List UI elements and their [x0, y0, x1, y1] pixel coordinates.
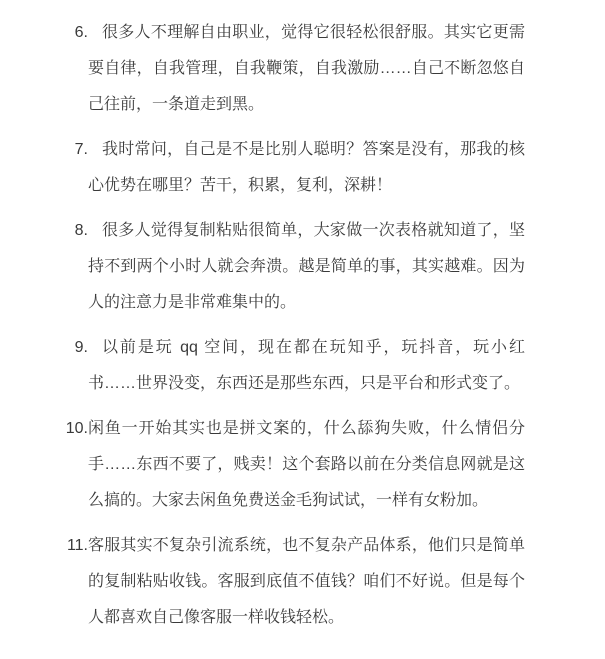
article-page: 6.很多人不理解自由职业，觉得它很轻松很舒服。其实它更需要自律，自我管理，自我鞭… [0, 0, 605, 659]
list-item-11-number: 11. [67, 528, 88, 564]
list-item-7-number: 7. [75, 132, 88, 168]
list-item-10-text: 闲鱼一开始其实也是拼文案的，什么舔狗失败，什么情侣分手……东西不要了，贱卖！这个… [88, 420, 525, 509]
list-item-8-number: 8. [75, 213, 88, 249]
list-item-8-text: 很多人觉得复制粘贴很简单，大家做一次表格就知道了，坚持不到两个小时人就会奔溃。越… [88, 222, 525, 311]
list-item-9: 9.以前是玩 qq 空间，现在都在玩知乎，玩抖音，玩小红书……世界没变，东西还是… [88, 330, 525, 402]
list-item-7: 7.我时常问，自己是不是比别人聪明？答案是没有，那我的核心优势在哪里？苦干，积累… [88, 132, 525, 204]
list-item-8: 8.很多人觉得复制粘贴很简单，大家做一次表格就知道了，坚持不到两个小时人就会奔溃… [88, 213, 525, 321]
list-item-6-number: 6. [75, 15, 88, 51]
list-item-9-text: 以前是玩 qq 空间，现在都在玩知乎，玩抖音，玩小红书……世界没变，东西还是那些… [88, 339, 525, 392]
list-item-11: 11.客服其实不复杂引流系统，也不复杂产品体系，他们只是简单的复制粘贴收钱。客服… [88, 528, 525, 636]
list-item-9-number: 9. [75, 330, 88, 366]
list-item-7-text: 我时常问，自己是不是比别人聪明？答案是没有，那我的核心优势在哪里？苦干，积累，复… [88, 141, 525, 194]
list-item-6: 6.很多人不理解自由职业，觉得它很轻松很舒服。其实它更需要自律，自我管理，自我鞭… [88, 15, 525, 123]
list-item-11-text: 客服其实不复杂引流系统，也不复杂产品体系，他们只是简单的复制粘贴收钱。客服到底值… [88, 537, 525, 626]
list-item-10: 10.闲鱼一开始其实也是拼文案的，什么舔狗失败，什么情侣分手……东西不要了，贱卖… [88, 411, 525, 519]
document-body: { "page": { "background_color": "#ffffff… [0, 0, 605, 659]
list-item-6-text: 很多人不理解自由职业，觉得它很轻松很舒服。其实它更需要自律，自我管理，自我鞭策，… [88, 24, 525, 113]
list-item-10-number: 10. [66, 411, 88, 447]
numbered-list: 6.很多人不理解自由职业，觉得它很轻松很舒服。其实它更需要自律，自我管理，自我鞭… [0, 0, 605, 636]
